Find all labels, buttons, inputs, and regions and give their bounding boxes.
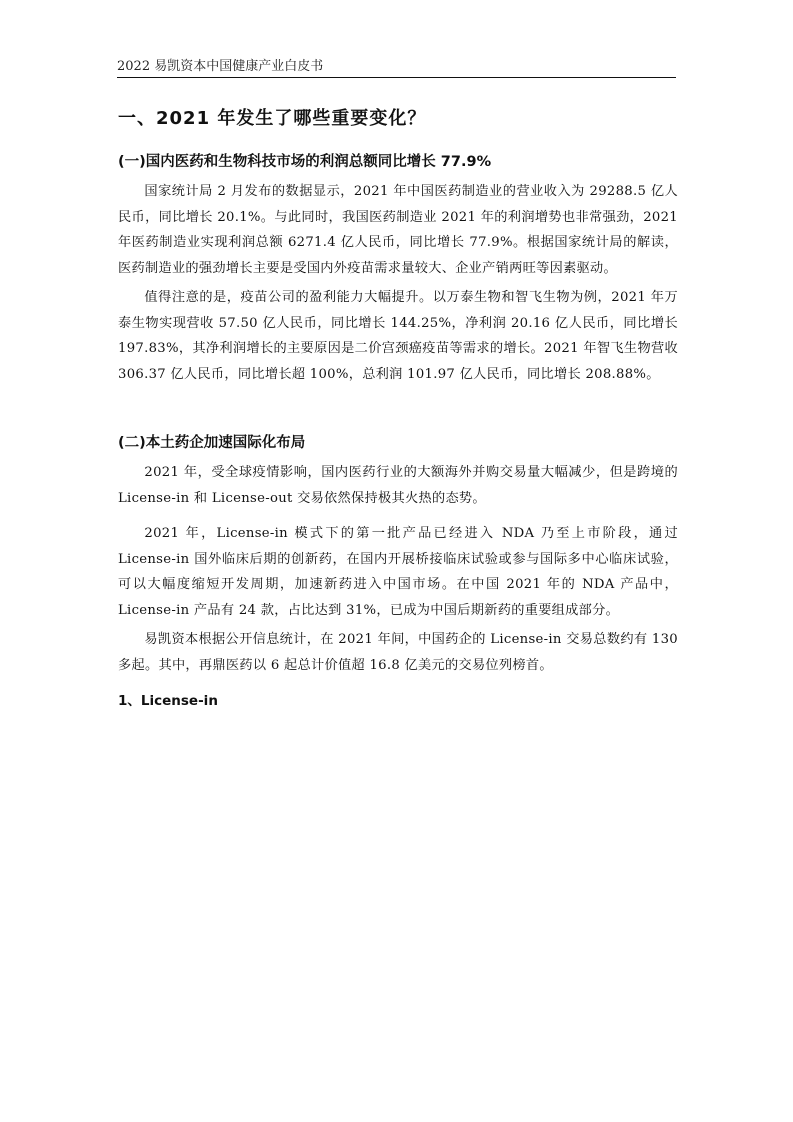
paragraph: 2021 年，受全球疫情影响，国内医药行业的大额海外并购交易量大幅减少，但是跨境…	[118, 460, 678, 511]
paragraph: 值得注意的是，疫苗公司的盈利能力大幅提升。以万泰生物和智飞生物为例，2021 年…	[118, 285, 678, 387]
running-header: 2022 易凯资本中国健康产业白皮书	[117, 58, 676, 78]
header-divider	[117, 77, 676, 78]
section-heading: 一、2021 年发生了哪些重要变化？	[118, 104, 426, 130]
item-heading: 1、License-in	[118, 689, 218, 709]
paragraph: 国家统计局 2 月发布的数据显示，2021 年中国医药制造业的营业收入为 292…	[118, 179, 678, 281]
paragraph: 2021 年，License-in 模式下的第一批产品已经进入 NDA 乃至上市…	[118, 521, 678, 623]
subsection-heading-2: (二)本土药企加速国际化布局	[118, 431, 305, 452]
subsection-heading-1: (一)国内医药和生物科技市场的利润总额同比增长 77.9%	[118, 150, 491, 171]
paragraph: 易凯资本根据公开信息统计，在 2021 年间，中国药企的 License-in …	[118, 627, 678, 678]
